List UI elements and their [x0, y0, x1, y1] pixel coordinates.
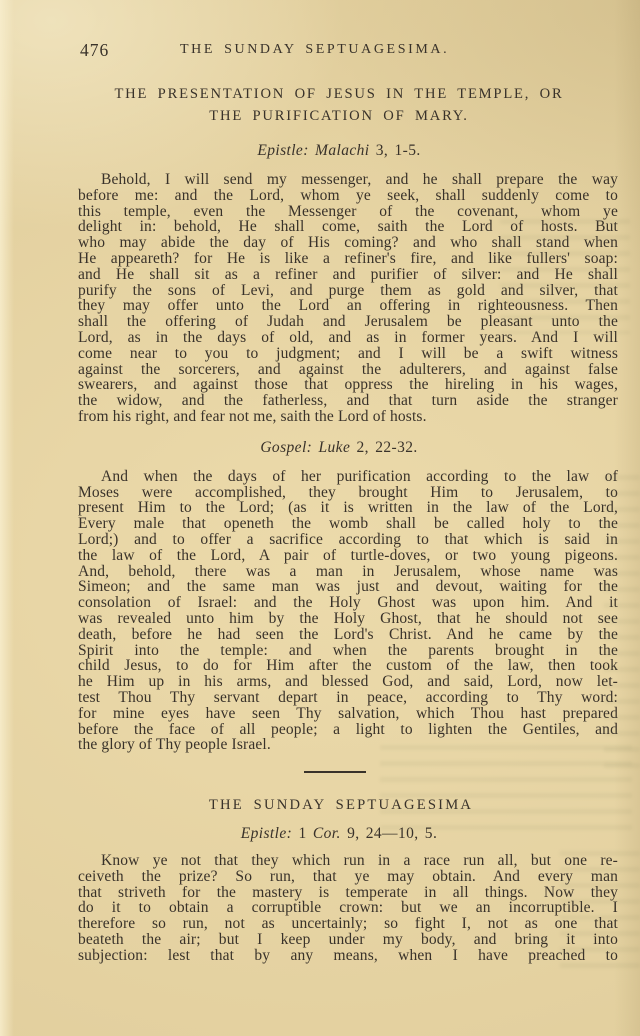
text-line: beateth the air; but I keep under my bod… — [78, 932, 618, 948]
text-line: ceiveth the prize? So run, that ye may o… — [78, 869, 618, 885]
citation-label: Gospel: Luke — [260, 439, 350, 456]
bleed-through-ghost — [500, 214, 630, 334]
section-title-line1: THE PRESENTATION OF JESUS IN THE TEMPLE,… — [78, 83, 600, 105]
text-line: death, before he had seen the Lord's Chr… — [78, 627, 618, 643]
section-divider — [304, 771, 366, 773]
text-line: before the face of all people; a light t… — [78, 722, 618, 738]
citation-label: Epistle: — [241, 825, 292, 842]
bleed-through-ghost — [604, 470, 640, 770]
text-line: therefore so run, not as uncertainly; so… — [78, 916, 618, 932]
text-line: Simeon; and the same man was just and de… — [78, 579, 618, 595]
epistle-paragraph-corinthians: Know ye not that they which run in a rac… — [78, 853, 618, 964]
gospel-paragraph-luke: And when the days of her purification ac… — [78, 469, 618, 753]
text-line: And, behold, there was a man in Jerusale… — [78, 564, 618, 580]
book-page: 476 THE SUNDAY SEPTUAGESIMA. THE PRESENT… — [0, 0, 640, 1036]
text-line: that striveth for the mastery is tempera… — [78, 885, 618, 901]
text-line: Know ye not that they which run in a rac… — [78, 853, 618, 869]
text-line: child Jesus, to do for Him after the cus… — [78, 658, 618, 674]
text-line: Lord;) and to offer a sacrifice accordin… — [78, 532, 618, 548]
text-line: Spirit into the temple: and when the par… — [78, 643, 618, 659]
text-line: was revealed unto him by the Holy Ghost,… — [78, 611, 618, 627]
page-header: 476 THE SUNDAY SEPTUAGESIMA. — [0, 42, 640, 60]
text-line: Behold, I will send my messenger, and he… — [78, 172, 618, 188]
text-line: against the sorcerers, and against the a… — [78, 362, 618, 378]
text-line: subjection: lest that by any means, when… — [78, 948, 618, 964]
text-line: do it to obtain a corruptible crown: but… — [78, 900, 618, 916]
page-number: 476 — [80, 40, 109, 61]
bleed-through-ghost — [560, 846, 640, 976]
gospel-citation-luke: Gospel: Luke 2, 22-32. — [78, 439, 618, 457]
text-line: swearers, and against those that oppress… — [78, 377, 618, 393]
text-line: for mine eyes have seen Thy salvation, w… — [78, 706, 618, 722]
text-line: consolation of Israel: and the Holy Ghos… — [78, 595, 618, 611]
citation-book-number: 1 — [298, 825, 306, 842]
citation-book: Cor. — [313, 825, 341, 842]
citation-reference: 2, 22-32. — [357, 439, 418, 456]
citation-reference: 3, 1-5. — [376, 142, 421, 159]
section-title-line2: THE PURIFICATION OF MARY. — [78, 105, 600, 127]
text-line: come near to you to judgment; and I will… — [78, 346, 618, 362]
text-line: test Thou Thy servant depart in peace, a… — [78, 690, 618, 706]
text-line: Every male that openeth the womb shall b… — [78, 516, 618, 532]
citation-label: Epistle: Malachi — [257, 142, 369, 159]
text-line: present Him to the Lord; (as it is writt… — [78, 500, 618, 516]
text-line: the law of the Lord, A pair of turtle-do… — [78, 548, 618, 564]
text-line: from his right, and fear not me, saith t… — [78, 409, 618, 425]
text-line: And when the days of her purification ac… — [78, 469, 618, 485]
text-line: before me: and the Lord, whom ye seek, s… — [78, 188, 618, 204]
running-head: THE SUNDAY SEPTUAGESIMA. — [180, 42, 449, 58]
epistle-citation-malachi: Epistle: Malachi 3, 1-5. — [78, 142, 618, 160]
text-line: Moses were accomplished, they brought Hi… — [78, 485, 618, 501]
text-line: the widow, and the fatherless, and that … — [78, 393, 618, 409]
text-line: he Him up in his arms, and blessed God, … — [78, 674, 618, 690]
bleed-through-ghost — [380, 740, 632, 836]
section-title-presentation: THE PRESENTATION OF JESUS IN THE TEMPLE,… — [78, 83, 618, 127]
